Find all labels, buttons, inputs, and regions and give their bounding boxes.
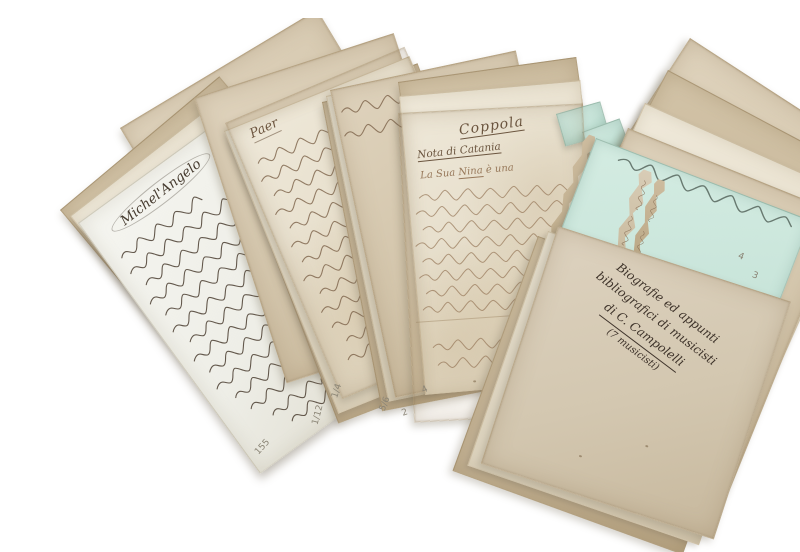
photo-of-manuscript-bundles: Michel'Angelo 155 Paer: [0, 18, 800, 552]
pencil-mark-4: 2: [400, 407, 409, 418]
